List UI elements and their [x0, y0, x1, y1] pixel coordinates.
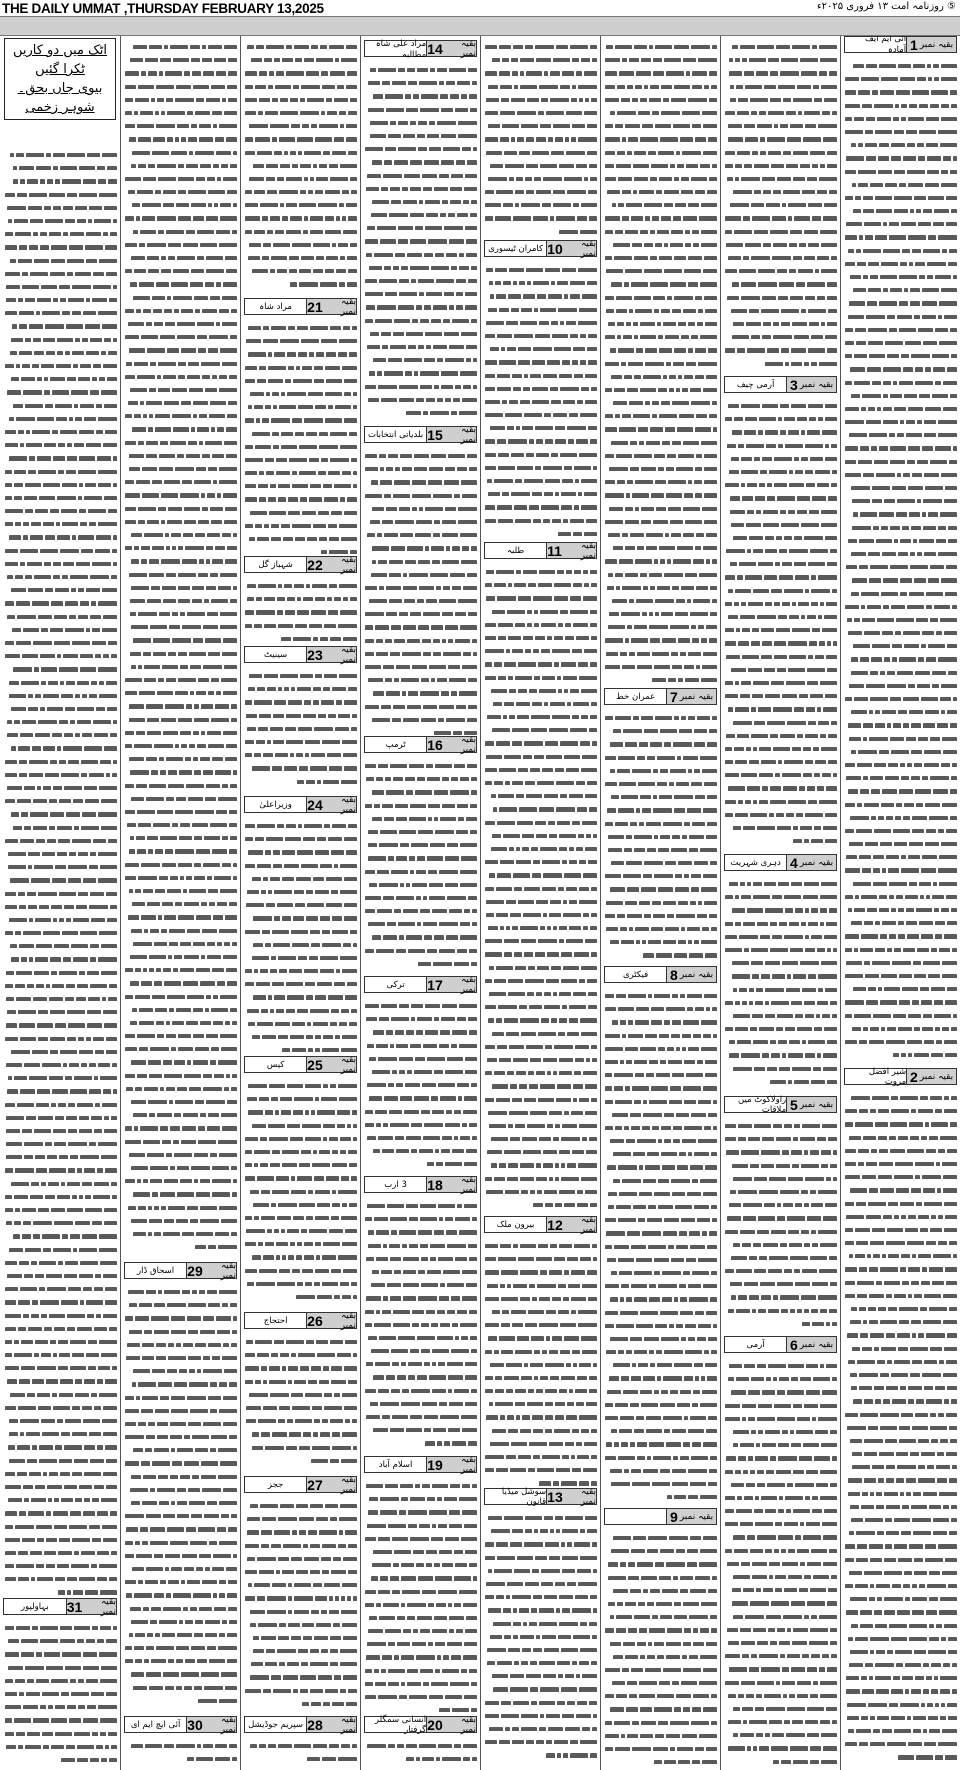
article-text: [843, 55, 958, 1057]
continuation-header: بقیہ نمبر2شیر افضل مروت: [844, 1068, 957, 1085]
continuation-number: بقیہ نمبر13: [546, 1489, 596, 1504]
article-text: [603, 36, 718, 682]
continuation-label: بقیہ نمبر: [445, 1715, 476, 1735]
section-number: 21: [307, 299, 323, 315]
continuation-header: بقیہ نمبر16ٹرمپ: [364, 736, 477, 753]
continuation-label: بقیہ نمبر: [84, 1597, 116, 1617]
continuation-label: بقیہ نمبر: [565, 1215, 596, 1235]
continuation-header: بقیہ نمبر28سپریم جوڈیشل: [244, 1716, 357, 1733]
section-title: سپریم جوڈیشل: [245, 1717, 306, 1732]
section-title: بلدیاتی انتخابات: [365, 427, 426, 442]
section-title: طلبہ: [485, 543, 546, 558]
article-text: [363, 59, 478, 415]
continuation-header: بقیہ نمبر1آئی ایم ایف آمادہ: [844, 36, 957, 53]
continuation-header: بقیہ نمبر8فیکٹری: [604, 966, 717, 983]
article-text: [243, 575, 358, 641]
continuation-label: بقیہ نمبر: [565, 239, 596, 259]
section-title: 3 ارب: [365, 1177, 426, 1192]
continuation-header: بقیہ نمبر31بہاولپور: [3, 1598, 117, 1615]
article-text: [243, 1331, 358, 1463]
lead-headline-1: اٹک میں دو کاریں ٹکرا گئیں: [5, 41, 115, 79]
continuation-number: بقیہ نمبر27: [306, 1477, 356, 1492]
continuation-number: بقیہ نمبر3: [786, 377, 836, 392]
continuation-number: بقیہ نمبر26: [306, 1313, 356, 1328]
article-text: [243, 665, 358, 784]
article-text: [483, 1507, 598, 1758]
section-title: اسلام آباد: [365, 1457, 426, 1472]
section-number: 28: [307, 1717, 323, 1733]
continuation-number: بقیہ نمبر15: [426, 427, 476, 442]
article-text: [483, 1235, 598, 1486]
section-number: 17: [427, 977, 443, 993]
section-title: انسانی سمگلر گرفتار: [365, 1717, 426, 1732]
column-5: بقیہ نمبر14مراد علی شاہ مطالبہبقیہ نمبر1…: [360, 36, 480, 1770]
continuation-header: بقیہ نمبر21مراد شاہ: [244, 298, 357, 315]
section-number: 4: [790, 855, 798, 871]
column-3: بقیہ نمبر7عمران خطبقیہ نمبر8فیکٹریبقیہ ن…: [600, 36, 720, 1770]
continuation-label: بقیہ نمبر: [325, 645, 356, 665]
continuation-number: بقیہ نمبر19: [426, 1457, 476, 1472]
section-number: 24: [307, 797, 323, 813]
continuation-label: بقیہ نمبر: [445, 425, 476, 445]
continuation-label: بقیہ نمبر: [445, 1175, 476, 1195]
section-number: 16: [427, 737, 443, 753]
continuation-header: بقیہ نمبر12بیرون ملک: [484, 1216, 597, 1233]
section-number: 3: [790, 377, 798, 393]
section-title: ترکی: [365, 977, 426, 992]
continuation-header: بقیہ نمبر3آرمی چیف: [724, 376, 837, 393]
continuation-number: بقیہ نمبر23: [306, 647, 356, 662]
continuation-number: بقیہ نمبر2: [906, 1069, 956, 1084]
continuation-number: بقیہ نمبر17: [426, 977, 476, 992]
article-text: [603, 1527, 718, 1764]
article-text: [243, 1075, 358, 1299]
continuation-header: بقیہ نمبر5راولاکوٹ میں ملاقات: [724, 1096, 837, 1113]
section-number: 1: [910, 37, 918, 53]
continuation-label: بقیہ نمبر: [325, 555, 356, 575]
continuation-number: بقیہ نمبر9: [666, 1509, 716, 1524]
continuation-number: بقیہ نمبر6: [786, 1337, 836, 1352]
page-number: ⑤: [947, 1, 956, 12]
continuation-header: بقیہ نمبر19اسلام آباد: [364, 1456, 477, 1473]
continuation-header: بقیہ نمبر7عمران خط: [604, 688, 717, 705]
continuation-label: بقیہ نمبر: [445, 735, 476, 755]
continuation-number: بقیہ نمبر11: [546, 543, 596, 558]
section-title: کامران ٹیسوری: [485, 241, 546, 256]
continuation-header: بقیہ نمبر17ترکی: [364, 976, 477, 993]
continuation-number: بقیہ نمبر10: [546, 241, 596, 256]
continuation-header: بقیہ نمبر10کامران ٹیسوری: [484, 240, 597, 257]
article-text: [243, 317, 358, 554]
section-title: سوشل میڈیا قانون: [485, 1489, 546, 1504]
section-number: 31: [67, 1599, 83, 1615]
article-text: [363, 755, 478, 966]
section-title: آئی ایچ ایم ای: [125, 1717, 186, 1732]
section-title: بیرون ملک: [485, 1217, 546, 1232]
continuation-number: بقیہ نمبر29: [186, 1263, 236, 1278]
section-title: احتجاج: [245, 1313, 306, 1328]
column-6: بقیہ نمبر21مراد شاہبقیہ نمبر22شہباز گلبق…: [240, 36, 360, 1770]
continuation-label: بقیہ نمبر: [680, 970, 713, 980]
continuation-label: بقیہ نمبر: [325, 1475, 356, 1495]
article-text: [723, 395, 838, 843]
continuation-label: بقیہ نمبر: [680, 692, 713, 702]
continuation-number: بقیہ نمبر12: [546, 1217, 596, 1232]
article-text: [363, 445, 478, 735]
continuation-number: بقیہ نمبر4: [786, 855, 836, 870]
section-title: وزیراعلیٰ: [245, 797, 306, 812]
section-title: بہاولپور: [4, 1599, 66, 1614]
section-title: آرمی چیف: [725, 377, 786, 392]
article-text: [243, 1735, 358, 1761]
continuation-label: بقیہ نمبر: [800, 1100, 833, 1110]
section-number: 12: [547, 1217, 563, 1233]
masthead-urdu-title: ⑤ روزنامہ امت ۱۳ فروری ۲۰۲۵ء: [817, 1, 956, 12]
continuation-number: بقیہ نمبر30: [186, 1717, 236, 1732]
article-text: [483, 561, 598, 1207]
continuation-number: بقیہ نمبر22: [306, 557, 356, 572]
lead-headline-2: بیوی جاں بحق۔ شوہر زخمی: [5, 79, 115, 117]
section-title: دہری شہریت: [725, 855, 786, 870]
newspaper-columns: بقیہ نمبر31بہاولپوراٹک میں دو کاریں ٹکرا…: [0, 36, 960, 1770]
column-4: بقیہ نمبر10کامران ٹیسوریبقیہ نمبر11طلبہب…: [480, 36, 600, 1770]
continuation-label: بقیہ نمبر: [800, 1340, 833, 1350]
continuation-header: بقیہ نمبر25کیس: [244, 1056, 357, 1073]
masthead-english-title: THE DAILY UMMAT ,THURSDAY FEBRUARY 13,20…: [2, 1, 324, 16]
continuation-label: بقیہ نمبر: [325, 297, 356, 317]
section-title: کیس: [245, 1057, 306, 1072]
continuation-number: بقیہ نمبر28: [306, 1717, 356, 1732]
section-number: 10: [547, 241, 563, 257]
article-text: [363, 1475, 478, 1712]
section-title: راولاکوٹ میں ملاقات: [725, 1097, 786, 1112]
continuation-label: بقیہ نمبر: [445, 975, 476, 995]
continuation-number: بقیہ نمبر16: [426, 737, 476, 752]
gray-band: [0, 16, 960, 36]
article-text: [243, 36, 358, 287]
section-number: 14: [427, 41, 443, 57]
continuation-label: بقیہ نمبر: [445, 1455, 476, 1475]
urdu-date: روزنامہ امت ۱۳ فروری ۲۰۲۵ء: [817, 1, 944, 12]
article-text: [123, 1281, 238, 1703]
continuation-label: بقیہ نمبر: [680, 1512, 713, 1522]
section-title: مراد علی شاہ مطالبہ: [365, 41, 426, 56]
section-number: 9: [670, 1509, 678, 1525]
article-text: [483, 36, 598, 234]
continuation-header: بقیہ نمبر24وزیراعلیٰ: [244, 796, 357, 813]
section-number: 5: [790, 1097, 798, 1113]
article-text: [363, 995, 478, 1166]
continuation-label: بقیہ نمبر: [325, 1055, 356, 1075]
section-title: ٹرمپ: [365, 737, 426, 752]
section-number: 8: [670, 967, 678, 983]
continuation-header: بقیہ نمبر15بلدیاتی انتخابات: [364, 426, 477, 443]
article-text: [723, 873, 838, 1084]
section-number: 2: [910, 1069, 918, 1085]
section-title: ججز: [245, 1477, 306, 1492]
continuation-number: بقیہ نمبر18: [426, 1177, 476, 1192]
section-number: 7: [670, 689, 678, 705]
article-text: [603, 707, 718, 958]
continuation-label: بقیہ نمبر: [920, 1072, 953, 1082]
continuation-number: بقیہ نمبر14: [426, 41, 476, 56]
continuation-label: بقیہ نمبر: [325, 1715, 356, 1735]
lead-story-box: اٹک میں دو کاریں ٹکرا گئیںبیوی جاں بحق۔ …: [4, 38, 116, 120]
section-title: شہباز گل: [245, 557, 306, 572]
continuation-number: بقیہ نمبر8: [666, 967, 716, 982]
continuation-number: بقیہ نمبر31: [66, 1599, 116, 1614]
article-text: [243, 815, 358, 1052]
continuation-label: بقیہ نمبر: [920, 40, 953, 50]
continuation-label: بقیہ نمبر: [205, 1715, 236, 1735]
continuation-header: بقیہ نمبر30آئی ایچ ایم ای: [124, 1716, 237, 1733]
continuation-label: بقیہ نمبر: [205, 1261, 236, 1281]
section-title: مراد شاہ: [245, 299, 306, 314]
article-text: [2, 1617, 118, 1762]
section-title: شیر افضل مروت: [845, 1069, 906, 1084]
continuation-label: بقیہ نمبر: [565, 1487, 596, 1507]
article-text: [123, 1735, 238, 1761]
continuation-header: بقیہ نمبر14مراد علی شاہ مطالبہ: [364, 40, 477, 57]
continuation-header: بقیہ نمبر183 ارب: [364, 1176, 477, 1193]
continuation-number: بقیہ نمبر7: [666, 689, 716, 704]
section-number: 26: [307, 1313, 323, 1329]
continuation-header: بقیہ نمبر20انسانی سمگلر گرفتار: [364, 1716, 477, 1733]
section-number: 13: [547, 1489, 563, 1505]
article-text: [843, 1087, 958, 1760]
section-number: 18: [427, 1177, 443, 1193]
continuation-header: بقیہ نمبر11طلبہ: [484, 542, 597, 559]
continuation-header: بقیہ نمبر9: [604, 1508, 717, 1525]
section-number: 6: [790, 1337, 798, 1353]
section-number: 23: [307, 647, 323, 663]
section-title: آرمی: [725, 1337, 786, 1352]
article-text: [483, 259, 598, 536]
section-number: 30: [187, 1717, 203, 1733]
article-text: [723, 36, 838, 366]
continuation-label: بقیہ نمبر: [445, 39, 476, 59]
column-7: بقیہ نمبر29اسحاق ڈاربقیہ نمبر30آئی ایچ ا…: [120, 36, 240, 1770]
section-number: 19: [427, 1457, 443, 1473]
article-text: [363, 1735, 478, 1761]
article-text: [123, 36, 238, 1249]
section-title: آئی ایم ایف آمادہ: [845, 37, 906, 52]
section-number: 22: [307, 557, 323, 573]
section-number: 11: [547, 543, 562, 559]
section-title: [605, 1509, 666, 1524]
section-title: اسحاق ڈار: [125, 1263, 186, 1278]
continuation-label: بقیہ نمبر: [564, 541, 596, 561]
continuation-header: بقیہ نمبر4دہری شہریت: [724, 854, 837, 871]
continuation-header: بقیہ نمبر13سوشل میڈیا قانون: [484, 1488, 597, 1505]
column-8: بقیہ نمبر31بہاولپوراٹک میں دو کاریں ٹکرا…: [0, 36, 120, 1770]
article-text: [243, 1495, 358, 1706]
continuation-header: بقیہ نمبر23سینیٹ: [244, 646, 357, 663]
continuation-header: بقیہ نمبر26احتجاج: [244, 1312, 357, 1329]
continuation-number: بقیہ نمبر21: [306, 299, 356, 314]
section-number: 25: [307, 1057, 323, 1073]
continuation-label: بقیہ نمبر: [325, 1311, 356, 1331]
continuation-label: بقیہ نمبر: [325, 795, 356, 815]
continuation-number: بقیہ نمبر1: [906, 37, 956, 52]
continuation-number: بقیہ نمبر20: [426, 1717, 476, 1732]
section-title: فیکٹری: [605, 967, 666, 982]
continuation-header: بقیہ نمبر22شہباز گل: [244, 556, 357, 573]
continuation-header: بقیہ نمبر29اسحاق ڈار: [124, 1262, 237, 1279]
continuation-number: بقیہ نمبر25: [306, 1057, 356, 1072]
column-2: بقیہ نمبر3آرمی چیفبقیہ نمبر4دہری شہریتبق…: [720, 36, 840, 1770]
section-title: سینیٹ: [245, 647, 306, 662]
continuation-number: بقیہ نمبر24: [306, 797, 356, 812]
section-number: 27: [307, 1477, 323, 1493]
section-number: 20: [427, 1717, 443, 1733]
article-text: [2, 144, 118, 1595]
article-text: [723, 1115, 838, 1326]
article-text: [363, 1195, 478, 1446]
column-1: بقیہ نمبر1آئی ایم ایف آمادہبقیہ نمبر2شیر…: [840, 36, 960, 1770]
continuation-number: بقیہ نمبر5: [786, 1097, 836, 1112]
continuation-label: بقیہ نمبر: [800, 380, 833, 390]
article-text: [603, 985, 718, 1499]
section-number: 15: [427, 427, 443, 443]
continuation-label: بقیہ نمبر: [800, 858, 833, 868]
continuation-header: بقیہ نمبر27ججز: [244, 1476, 357, 1493]
section-title: عمران خط: [605, 689, 666, 704]
article-text: [723, 1355, 838, 1764]
continuation-header: بقیہ نمبر6آرمی: [724, 1336, 837, 1353]
section-number: 29: [187, 1263, 203, 1279]
